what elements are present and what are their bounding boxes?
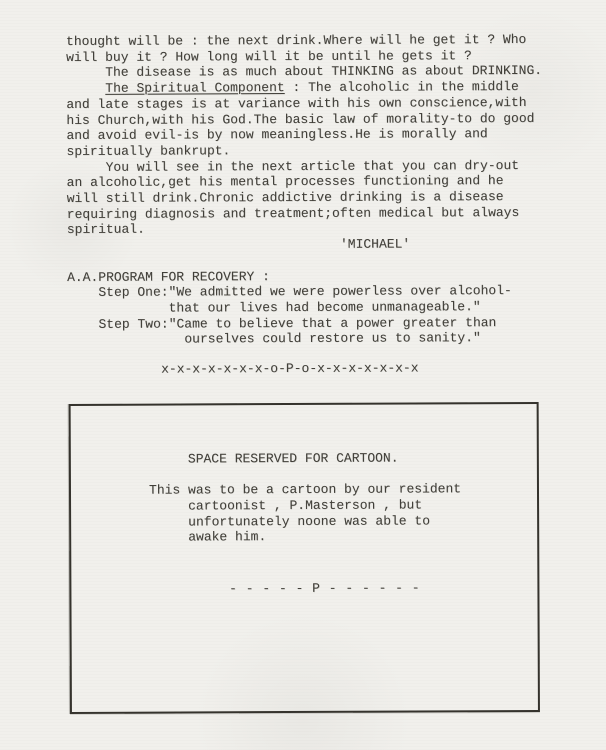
text-line: requiring diagnosis and treatment;often … <box>67 205 543 223</box>
text-line: will still drink.Chronic addictive drink… <box>67 189 543 207</box>
step-two-line: ourselves could restore us to sanity." <box>67 330 543 348</box>
text-line: The Spiritual Component : The alcoholic … <box>66 79 542 97</box>
decorative-separator: x-x-x-x-x-x-x-o-P-o-x-x-x-x-x-x-x <box>67 360 543 378</box>
indent <box>66 81 105 96</box>
article-text: thought will be : the next drink.Where w… <box>66 32 543 254</box>
scanned-typewritten-page: thought will be : the next drink.Where w… <box>0 0 606 750</box>
spiritual-component-heading: The Spiritual Component <box>105 80 285 96</box>
spiritual-component-rest: : The alcoholic in the middle <box>285 79 519 95</box>
cartoon-note-line: awake him. <box>71 528 537 546</box>
cartoon-box: SPACE RESERVED FOR CARTOON. This was to … <box>69 402 540 714</box>
text-line: and late stages is at variance with his … <box>66 95 542 113</box>
text-line: and avoid evil-is by now meaningless.He … <box>66 126 542 144</box>
text-line: thought will be : the next drink.Where w… <box>66 32 542 50</box>
recovery-program-section: A.A.PROGRAM FOR RECOVERY : Step One:"We … <box>67 267 543 348</box>
step-one-line: that our lives had become unmanageable." <box>67 299 543 317</box>
page-content: thought will be : the next drink.Where w… <box>66 32 545 714</box>
cartoon-box-title: SPACE RESERVED FOR CARTOON. <box>71 450 537 468</box>
cartoon-dashes: - - - - - P - - - - - - <box>71 580 537 598</box>
author-signature: 'MICHAEL' <box>67 236 543 254</box>
